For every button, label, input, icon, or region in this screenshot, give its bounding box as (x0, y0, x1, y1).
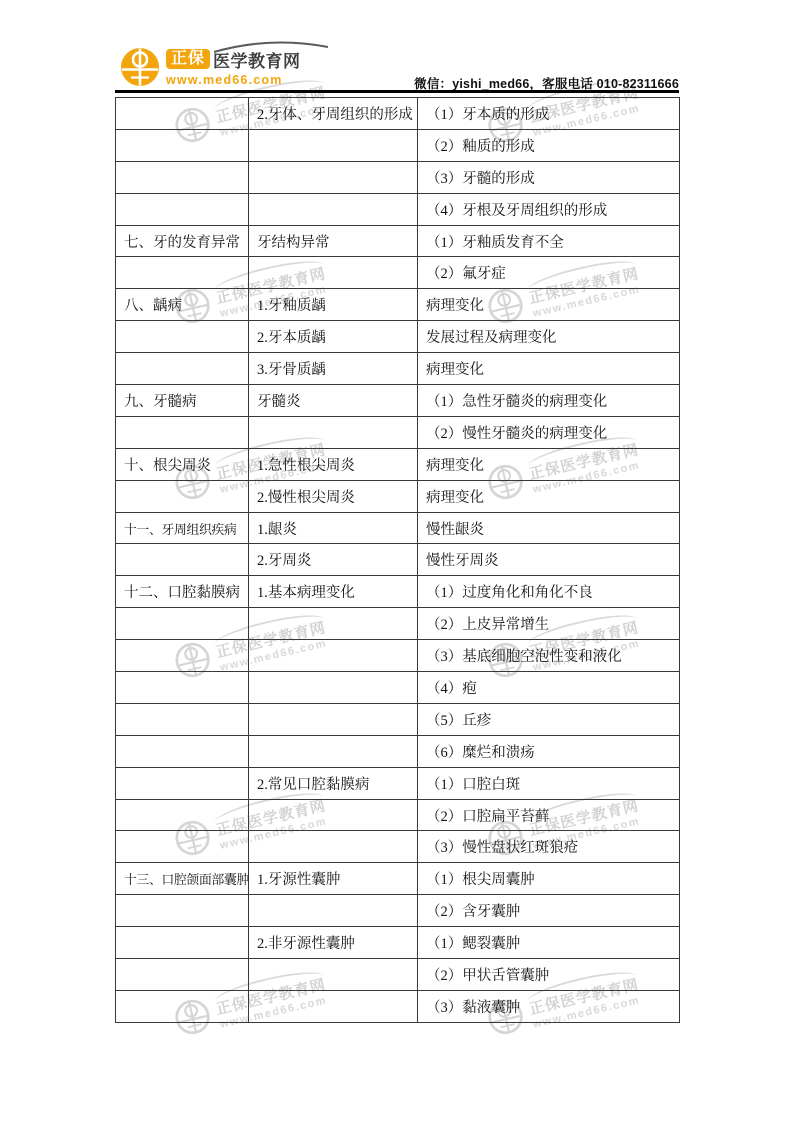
brand-logo-icon (120, 47, 160, 87)
cell-detail: 病理变化 (418, 289, 680, 321)
table-row: 2.牙周炎慢性牙周炎 (116, 544, 680, 576)
cell-topic: 2.常见口腔黏膜病 (249, 767, 418, 799)
brand-badge: 正保 (166, 49, 210, 70)
cell-topic (249, 990, 418, 1022)
header-rule (115, 90, 679, 93)
cell-topic (249, 959, 418, 991)
cell-detail: （5）丘疹 (418, 703, 680, 735)
table-row: （3）基底细胞空泡性变和液化 (116, 640, 680, 672)
cell-detail: （1）鳃裂囊肿 (418, 927, 680, 959)
cell-detail: （1）牙釉质发育不全 (418, 225, 680, 257)
cell-detail: （2）含牙囊肿 (418, 895, 680, 927)
cell-detail: （6）糜烂和溃疡 (418, 735, 680, 767)
cell-section (116, 799, 249, 831)
cell-topic (249, 895, 418, 927)
table-row: （2）上皮异常增生 (116, 608, 680, 640)
table-row: （2）甲状舌管囊肿 (116, 959, 680, 991)
cell-section (116, 990, 249, 1022)
cell-detail: （1）口腔白斑 (418, 767, 680, 799)
brand-logo: 正保 医学教育网 www.med66.com (120, 47, 301, 87)
cell-section: 十二、口腔黏膜病 (116, 576, 249, 608)
cell-section: 十一、牙周组织疾病 (116, 512, 249, 544)
cell-detail: （2）口腔扁平苔藓 (418, 799, 680, 831)
cell-topic: 2.非牙源性囊肿 (249, 927, 418, 959)
cell-section (116, 959, 249, 991)
cell-detail: （2）慢性牙髓炎的病理变化 (418, 416, 680, 448)
cell-section (116, 672, 249, 704)
cell-topic: 3.牙骨质龋 (249, 353, 418, 385)
cell-detail: （2）甲状舌管囊肿 (418, 959, 680, 991)
cell-topic: 2.牙体、牙周组织的形成 (249, 98, 418, 130)
cell-topic: 1.基本病理变化 (249, 576, 418, 608)
table-row: 十三、口腔颌面部囊肿1.牙源性囊肿（1）根尖周囊肿 (116, 863, 680, 895)
cell-section (116, 416, 249, 448)
cell-topic: 1.牙源性囊肿 (249, 863, 418, 895)
cell-detail: 慢性牙周炎 (418, 544, 680, 576)
cell-section (116, 735, 249, 767)
cell-section (116, 193, 249, 225)
page: 正保医学教育网www.med66.com正保医学教育网www.med66.com… (0, 0, 793, 1122)
cell-topic: 2.牙周炎 (249, 544, 418, 576)
table-row: （2）慢性牙髓炎的病理变化 (116, 416, 680, 448)
cell-topic (249, 257, 418, 289)
cell-detail: （1）过度角化和角化不良 (418, 576, 680, 608)
cell-section: 七、牙的发育异常 (116, 225, 249, 257)
cell-topic: 牙结构异常 (249, 225, 418, 257)
cell-topic (249, 416, 418, 448)
cell-detail: （1）急性牙髓炎的病理变化 (418, 385, 680, 417)
cell-section (116, 895, 249, 927)
table-row: （4）疱 (116, 672, 680, 704)
cell-detail: （1）根尖周囊肿 (418, 863, 680, 895)
table-row: 2.牙本质龋发展过程及病理变化 (116, 321, 680, 353)
table-row: 2.常见口腔黏膜病（1）口腔白斑 (116, 767, 680, 799)
cell-section (116, 767, 249, 799)
table-row: 十一、牙周组织疾病1.龈炎慢性龈炎 (116, 512, 680, 544)
cell-section (116, 98, 249, 130)
cell-detail: （4）疱 (418, 672, 680, 704)
cell-section (116, 129, 249, 161)
cell-topic (249, 735, 418, 767)
cell-topic (249, 161, 418, 193)
cell-section: 八、龋病 (116, 289, 249, 321)
cell-topic (249, 831, 418, 863)
table-row: 十、根尖周炎1.急性根尖周炎病理变化 (116, 448, 680, 480)
cell-detail: （3）牙髓的形成 (418, 161, 680, 193)
table-row: （2）含牙囊肿 (116, 895, 680, 927)
table-row: 3.牙骨质龋病理变化 (116, 353, 680, 385)
cell-topic (249, 703, 418, 735)
cell-topic: 1.牙釉质龋 (249, 289, 418, 321)
cell-section (116, 321, 249, 353)
cell-detail: 慢性龈炎 (418, 512, 680, 544)
table-row: 2.慢性根尖周炎病理变化 (116, 480, 680, 512)
cell-detail: （4）牙根及牙周组织的形成 (418, 193, 680, 225)
table-row: 七、牙的发育异常牙结构异常（1）牙釉质发育不全 (116, 225, 680, 257)
table-row: 十二、口腔黏膜病1.基本病理变化（1）过度角化和角化不良 (116, 576, 680, 608)
table-row: （3）牙髓的形成 (116, 161, 680, 193)
cell-topic (249, 640, 418, 672)
cell-section: 九、牙髓病 (116, 385, 249, 417)
cell-section (116, 640, 249, 672)
cell-topic: 2.牙本质龋 (249, 321, 418, 353)
brand-swoosh-icon (212, 40, 332, 54)
brand-url: www.med66.com (166, 73, 301, 87)
cell-detail: （2）上皮异常增生 (418, 608, 680, 640)
table-row: （2）釉质的形成 (116, 129, 680, 161)
cell-section (116, 927, 249, 959)
cell-topic: 1.龈炎 (249, 512, 418, 544)
table-row: 九、牙髓病牙髓炎（1）急性牙髓炎的病理变化 (116, 385, 680, 417)
cell-detail: 病理变化 (418, 353, 680, 385)
table-row: 2.牙体、牙周组织的形成（1）牙本质的形成 (116, 98, 680, 130)
cell-detail: 病理变化 (418, 448, 680, 480)
cell-topic (249, 129, 418, 161)
table-row: （6）糜烂和溃疡 (116, 735, 680, 767)
cell-detail: （2）氟牙症 (418, 257, 680, 289)
cell-detail: （3）慢性盘状红斑狼疮 (418, 831, 680, 863)
cell-detail: （1）牙本质的形成 (418, 98, 680, 130)
brand-text: 正保 医学教育网 www.med66.com (166, 47, 301, 87)
syllabus-table: 2.牙体、牙周组织的形成（1）牙本质的形成（2）釉质的形成（3）牙髓的形成（4）… (115, 97, 680, 1023)
header: 正保 医学教育网 www.med66.com 微信：yishi_med66，客服… (0, 0, 793, 92)
table-row: （5）丘疹 (116, 703, 680, 735)
cell-topic (249, 672, 418, 704)
cell-section: 十三、口腔颌面部囊肿 (116, 863, 249, 895)
table-row: （2）氟牙症 (116, 257, 680, 289)
table-row: （3）慢性盘状红斑狼疮 (116, 831, 680, 863)
table-row: （4）牙根及牙周组织的形成 (116, 193, 680, 225)
cell-detail: （2）釉质的形成 (418, 129, 680, 161)
cell-topic (249, 193, 418, 225)
cell-section: 十、根尖周炎 (116, 448, 249, 480)
table-row: （3）黏液囊肿 (116, 990, 680, 1022)
table-row: 2.非牙源性囊肿（1）鳃裂囊肿 (116, 927, 680, 959)
table-row: （2）口腔扁平苔藓 (116, 799, 680, 831)
cell-topic: 牙髓炎 (249, 385, 418, 417)
cell-section (116, 831, 249, 863)
table-row: 八、龋病1.牙釉质龋病理变化 (116, 289, 680, 321)
cell-section (116, 544, 249, 576)
cell-section (116, 608, 249, 640)
cell-detail: 发展过程及病理变化 (418, 321, 680, 353)
cell-section (116, 257, 249, 289)
cell-topic (249, 608, 418, 640)
cell-detail: （3）基底细胞空泡性变和液化 (418, 640, 680, 672)
cell-detail: 病理变化 (418, 480, 680, 512)
cell-topic: 1.急性根尖周炎 (249, 448, 418, 480)
cell-section (116, 480, 249, 512)
cell-topic: 2.慢性根尖周炎 (249, 480, 418, 512)
cell-detail: （3）黏液囊肿 (418, 990, 680, 1022)
cell-section (116, 703, 249, 735)
cell-topic (249, 799, 418, 831)
cell-section (116, 161, 249, 193)
cell-section (116, 353, 249, 385)
